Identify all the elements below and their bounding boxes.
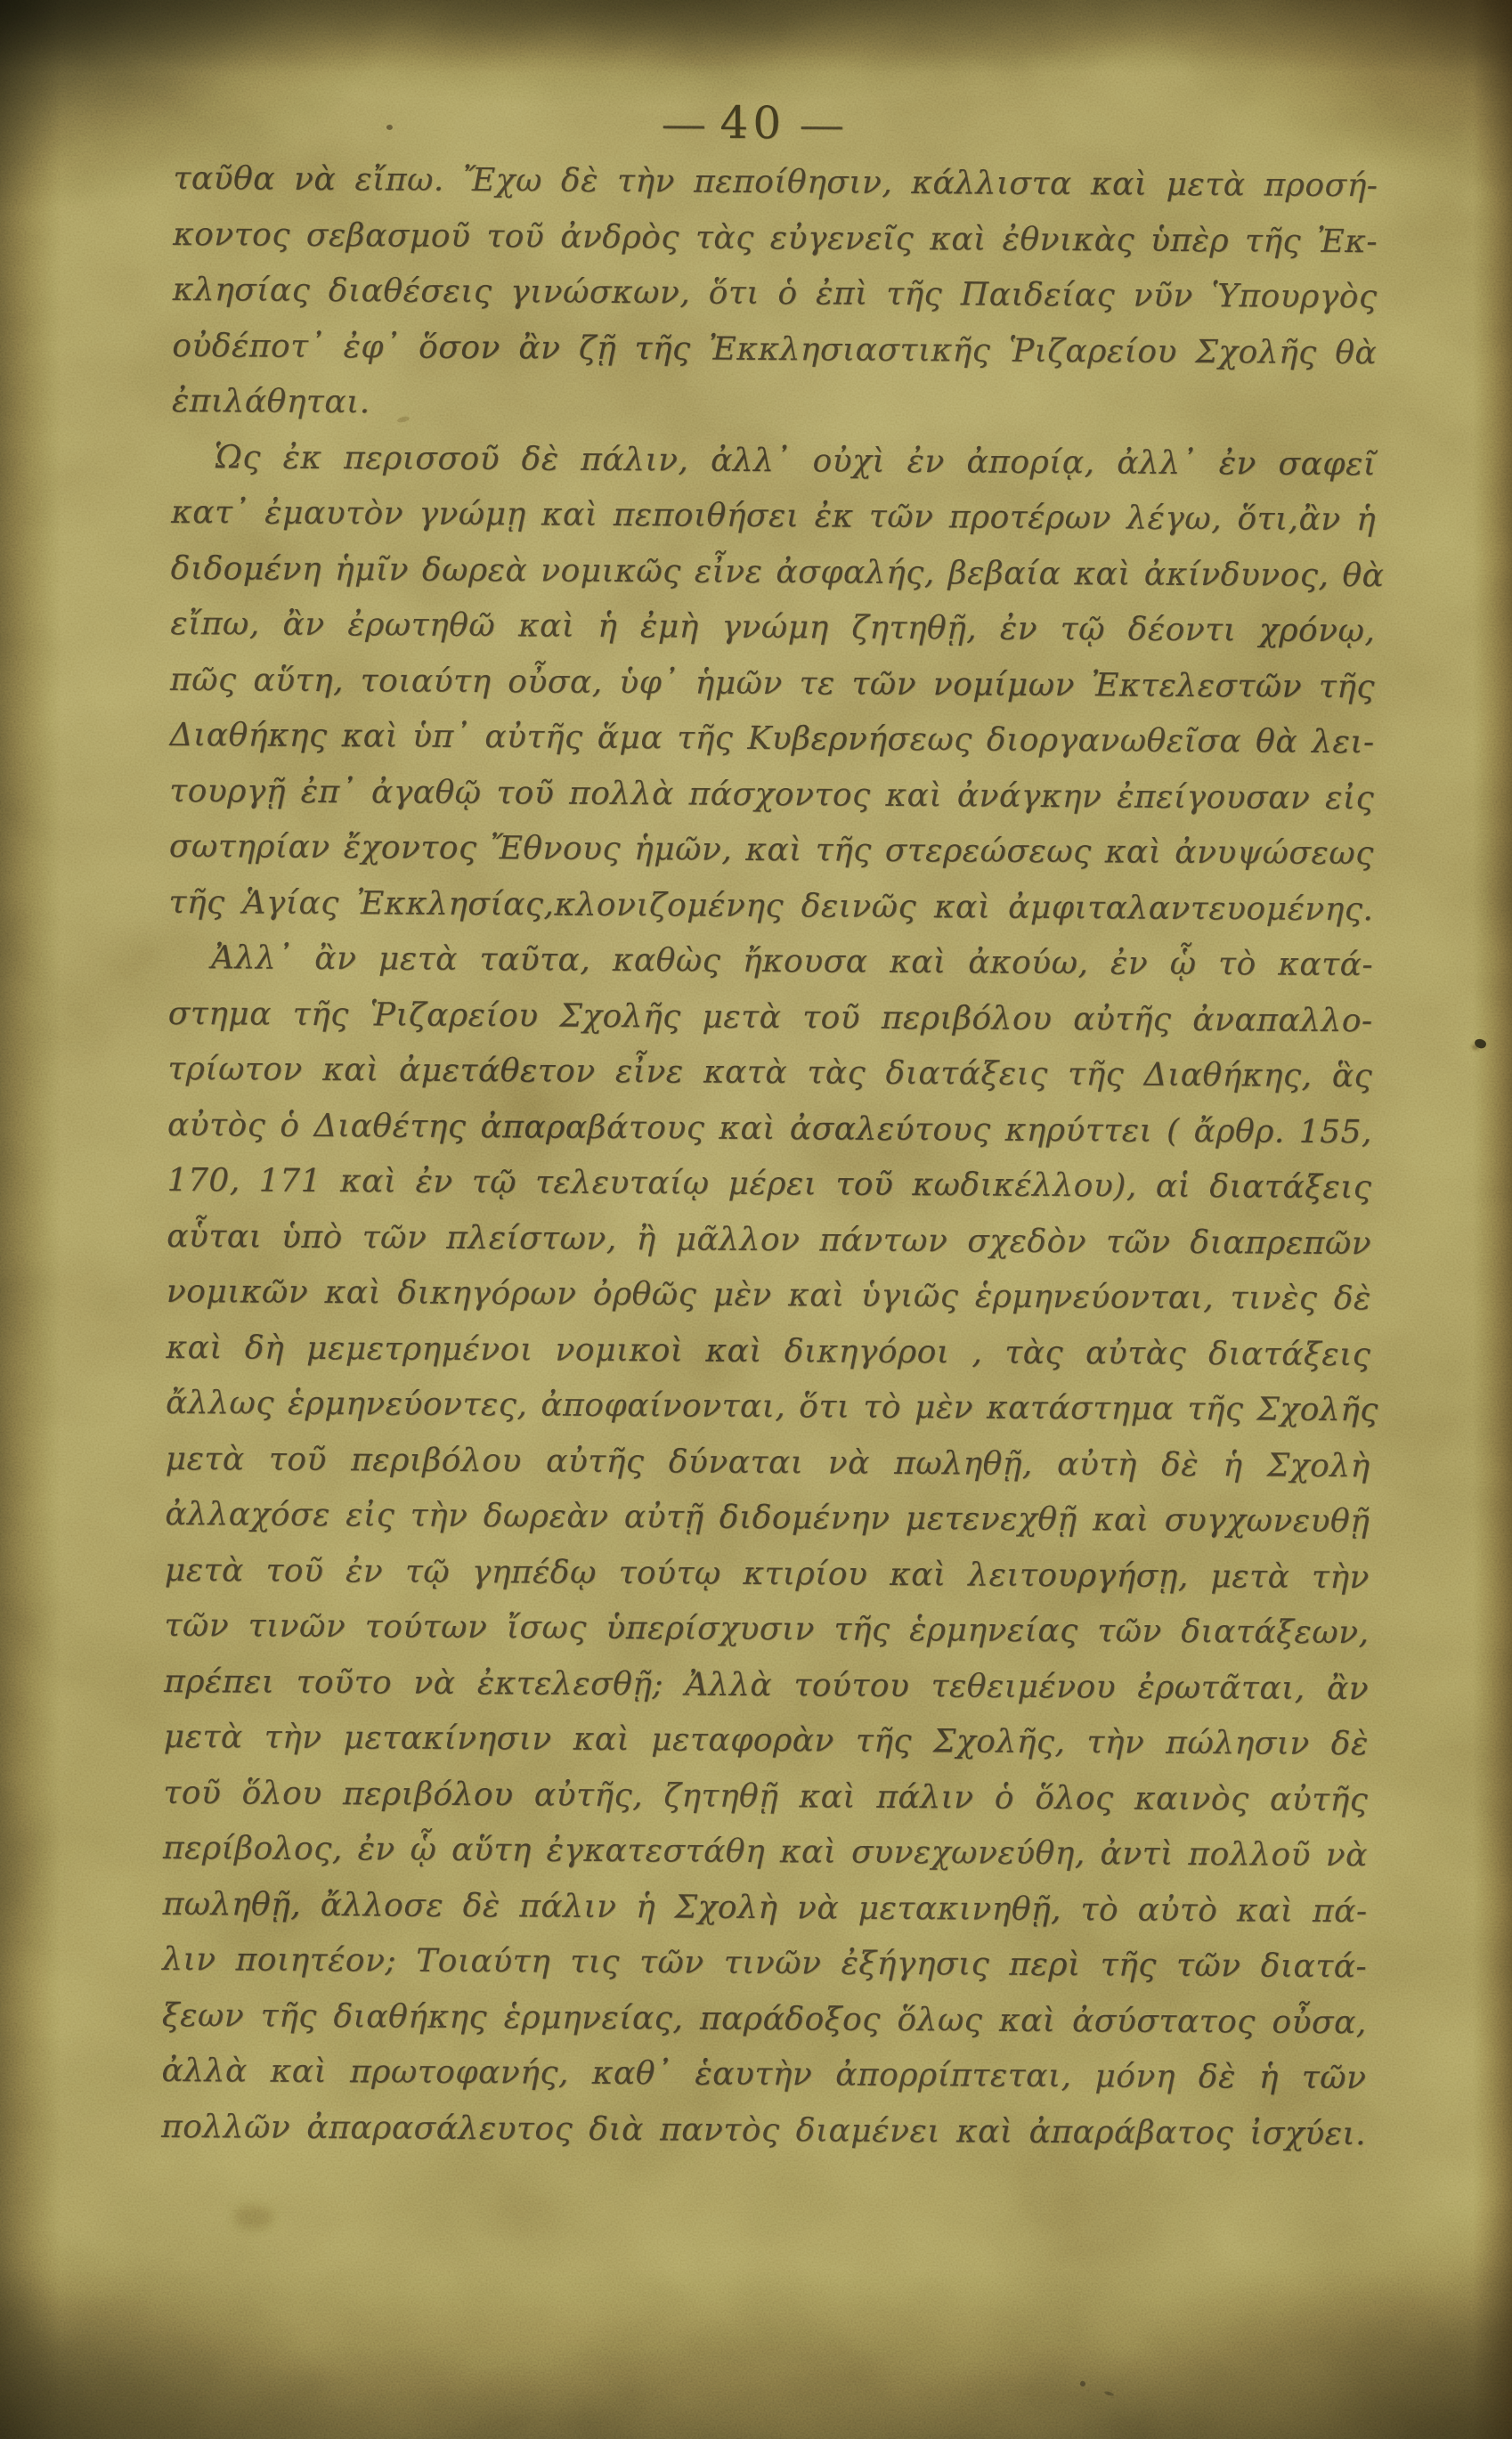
text-line: λιν ποιητέον; Τοιαύτη τις τῶν τινῶν ἐξήγ… bbox=[162, 1932, 1367, 1996]
header-dash-left: — bbox=[661, 100, 706, 150]
text-line: Διαθήκης καὶ ὑπ᾽ αὐτῆς ἅμα τῆς Κυβερνήσε… bbox=[169, 708, 1374, 771]
text-line: κατ᾽ ἐμαυτὸν γνώμῃ καὶ πεποιθήσει ἐκ τῶν… bbox=[171, 485, 1376, 549]
paper-smudge bbox=[233, 2205, 274, 2230]
text-line: στημα τῆς Ῥιζαρείου Σχολῆς μετὰ τοῦ περι… bbox=[168, 986, 1373, 1049]
text-line: αὐτὸς ὁ Διαθέτης ἀπαραβάτους καὶ ἀσαλεύτ… bbox=[167, 1097, 1372, 1160]
text-line: Ἀλλ᾽ ἂν μετὰ ταῦτα, καθὼς ἤκουσα καὶ ἀκο… bbox=[168, 931, 1373, 994]
page: — 40 — ταῦθα νὰ εἴπω. Ἔχω δὲ τὴν πεποίθη… bbox=[0, 0, 1512, 2439]
paper-speck bbox=[386, 125, 393, 130]
text-line: εἴπω, ἂν ἐρωτηθῶ καὶ ἡ ἐμὴ γνώμη ζητηθῇ,… bbox=[170, 597, 1375, 660]
text-line: Ὡς ἐκ περισσοῦ δὲ πάλιν, ἀλλ᾽ οὐχὶ ἐν ἀπ… bbox=[171, 429, 1376, 492]
text-line: πωληθῇ, ἄλλοσε δὲ πάλιν ἡ Σχολὴ νὰ μετακ… bbox=[162, 1876, 1367, 1939]
text-line: καὶ δὴ μεμετρημένοι νομικοὶ καὶ δικηγόρο… bbox=[166, 1320, 1370, 1383]
text-line: αὗται ὑπὸ τῶν πλείστων, ἢ μᾶλλον πάντων … bbox=[167, 1208, 1371, 1272]
text-line: ἀλλαχόσε εἰς τὴν δωρεὰν αὐτῇ διδομένην μ… bbox=[165, 1487, 1370, 1550]
text-line: ξεων τῆς διαθήκης ἑρμηνείας, παράδοξος ὅ… bbox=[162, 1988, 1367, 2051]
page-number: 40 bbox=[719, 97, 785, 149]
text-line: μετὰ τοῦ ἐν τῷ γηπέδῳ τούτῳ κτιρίου καὶ … bbox=[165, 1542, 1370, 1606]
text-line: τουργῇ ἐπ᾽ ἀγαθῷ τοῦ πολλὰ πάσχοντος καὶ… bbox=[169, 763, 1374, 826]
text-line: κοντος σεβασμοῦ τοῦ ἀνδρὸς τὰς εὐγενεῖς … bbox=[173, 207, 1378, 270]
text-line: πῶς αὕτη, τοιαύτη οὖσα, ὑφ᾽ ἡμῶν τε τῶν … bbox=[170, 652, 1375, 715]
header-dash-right: — bbox=[800, 101, 845, 150]
text-line: νομικῶν καὶ δικηγόρων ὀρθῶς μὲν καὶ ὑγιῶ… bbox=[167, 1264, 1371, 1328]
text-line: 170, 171 καὶ ἐν τῷ τελευταίῳ μέρει τοῦ κ… bbox=[167, 1153, 1371, 1216]
paper-speck bbox=[1104, 2390, 1115, 2396]
text-line: ἐπιλάθηται. bbox=[172, 374, 1377, 437]
ink-blot bbox=[1474, 1037, 1488, 1050]
page-header: — 40 — bbox=[150, 94, 1355, 151]
text-block: ταῦθα νὰ εἴπω. Ἔχω δὲ τὴν πεποίθησιν, κά… bbox=[161, 151, 1378, 2162]
text-line: περίβολος, ἐν ᾧ αὕτη ἐγκατεστάθη καὶ συν… bbox=[163, 1821, 1368, 1884]
text-line: τρίωτον καὶ ἀμετάθετον εἶνε κατὰ τὰς δια… bbox=[167, 1042, 1372, 1105]
text-line: τῆς Ἁγίας Ἐκκλησίας,κλονιζομένης δεινῶς … bbox=[168, 874, 1373, 938]
text-line: σωτηρίαν ἔχοντος Ἔθνους ἡμῶν, καὶ τῆς στ… bbox=[169, 819, 1374, 882]
text-line: πρέπει τοῦτο νὰ ἐκτελεσθῇ; Ἀλλὰ τούτου τ… bbox=[164, 1654, 1369, 1717]
text-line: τῶν τινῶν τούτων ἴσως ὑπερίσχυσιν τῆς ἑρ… bbox=[164, 1598, 1369, 1662]
text-line: κλησίας διαθέσεις γινώσκων, ὅτι ὁ ἐπὶ τῆ… bbox=[172, 263, 1377, 326]
page-content: — 40 — ταῦθα νὰ εἴπω. Ἔχω δὲ τὴν πεποίθη… bbox=[161, 94, 1378, 2162]
text-line: οὐδέποτ᾽ ἐφ᾽ ὅσον ἂν ζῇ τῆς Ἐκκλησιαστικ… bbox=[172, 318, 1377, 381]
text-line: μετὰ τὴν μετακίνησιν καὶ μεταφορὰν τῆς Σ… bbox=[164, 1710, 1369, 1773]
text-line: τοῦ ὅλου περιβόλου αὐτῆς, ζητηθῇ καὶ πάλ… bbox=[163, 1765, 1368, 1828]
paper-speck bbox=[1079, 2380, 1086, 2387]
text-line: ταῦθα νὰ εἴπω. Ἔχω δὲ τὴν πεποίθησιν, κά… bbox=[173, 151, 1378, 215]
text-line: μετὰ τοῦ περιβόλου αὐτῆς δύναται νὰ πωλη… bbox=[165, 1431, 1370, 1494]
text-line: ἀλλὰ καὶ πρωτοφανής, καθ᾽ ἑαυτὴν ἀπορρίπ… bbox=[161, 2044, 1366, 2107]
text-line: διδομένη ἡμῖν δωρεὰ νομικῶς εἶνε ἀσφαλής… bbox=[171, 541, 1376, 604]
text-line: πολλῶν ἀπαρασάλευτος διὰ παντὸς διαμένει… bbox=[161, 2099, 1366, 2162]
text-line: ἄλλως ἑρμηνεύοντες, ἀποφαίνονται, ὅτι τὸ… bbox=[166, 1376, 1370, 1439]
